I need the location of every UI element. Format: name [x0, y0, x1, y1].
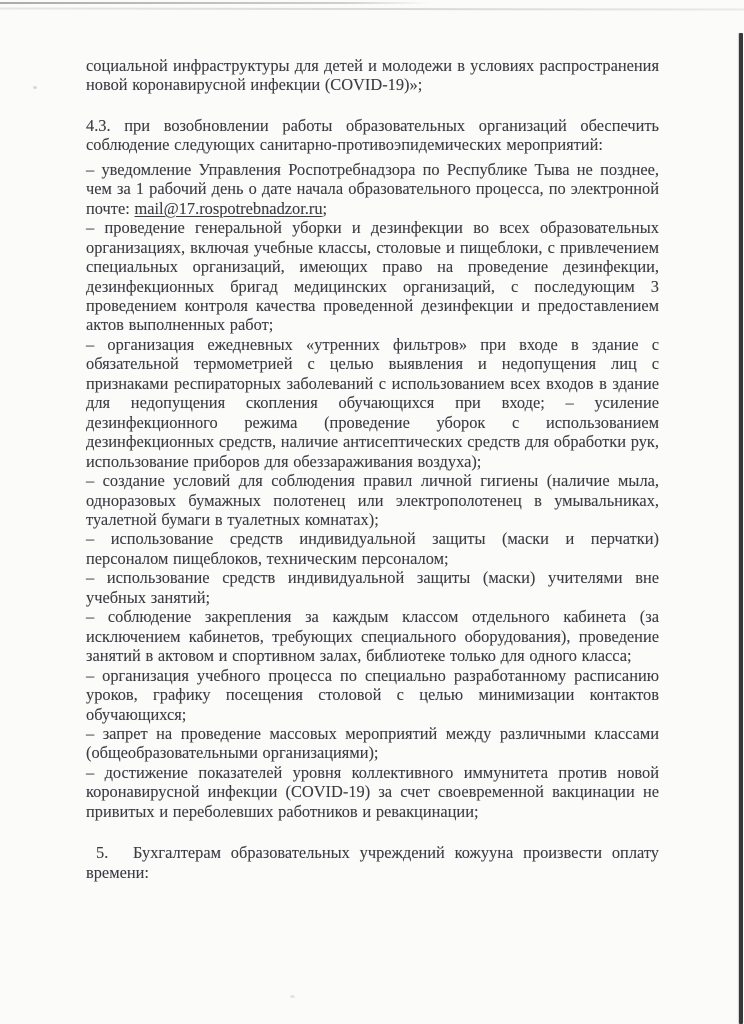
measure-item-disinfection: – проведение генеральной уборки и дезинф…: [86, 218, 659, 335]
email-link[interactable]: mail@17.rospotrebnadzor.ru: [134, 199, 322, 218]
paragraph-section-4-3: 4.3. при возобновлении работы образовате…: [86, 116, 659, 155]
item-5-number: 5.: [96, 843, 133, 862]
measure-item-ppe-kitchen-staff: – использование средств индивидуальной з…: [86, 529, 659, 568]
paragraph-covid-intro: социальной инфраструктуры для детей и мо…: [86, 56, 659, 95]
paragraph-item-5: 5.Бухгалтерам образовательных учреждений…: [86, 843, 659, 882]
measure-item-notification: – уведомление Управления Роспотребнадзор…: [86, 160, 659, 218]
measure-text-suffix: ;: [323, 199, 328, 218]
document-body: социальной инфраструктуры для детей и мо…: [86, 56, 659, 882]
measure-item-ppe-teachers: – использование средств индивидуальной з…: [86, 568, 659, 607]
measure-item-morning-filters: – организация ежедневных «утренних фильт…: [86, 335, 659, 471]
item-5-text: Бухгалтерам образовательных учреждений к…: [86, 843, 659, 881]
scan-artifact-top-edge-light: [0, 7, 744, 10]
scan-speck: [290, 995, 295, 998]
scan-artifact-right-edge: [739, 33, 743, 1024]
measure-item-hygiene: – создание условий для соблюдения правил…: [86, 471, 659, 529]
measure-item-immunity: – достижение показателей уровня коллекти…: [86, 763, 659, 821]
scanned-document-page: социальной инфраструктуры для детей и мо…: [0, 0, 744, 1024]
measure-item-classroom-assignment: – соблюдение закрепления за каждым класс…: [86, 607, 659, 665]
measure-item-schedule: – организация учебного процесса по специ…: [86, 666, 659, 724]
scan-speck: [33, 86, 37, 89]
scan-artifact-top-edge-dark: [0, 2, 430, 4]
measure-item-mass-events-ban: – запрет на проведение массовых мероприя…: [86, 724, 659, 763]
